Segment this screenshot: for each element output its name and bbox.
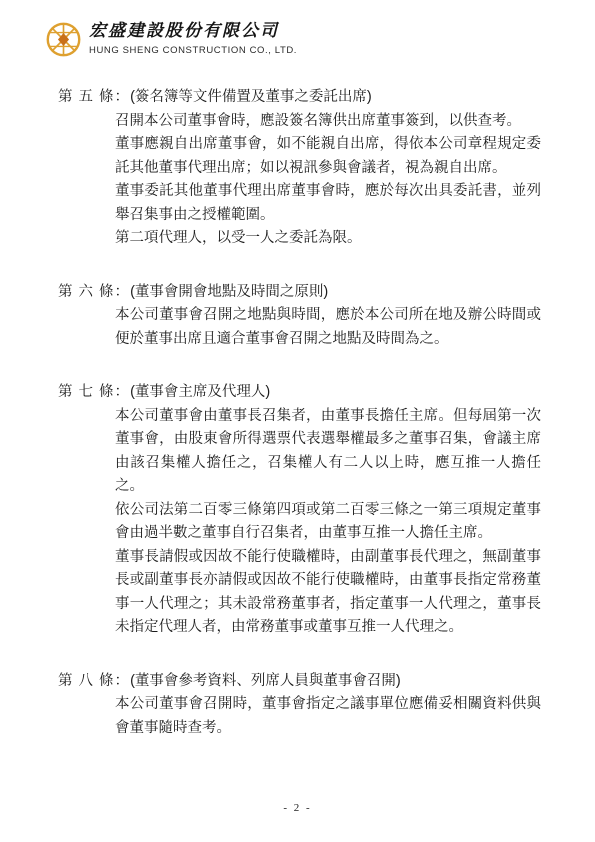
article-paragraph: 董事長請假或因故不能行使職權時，由副董事長代理之，無副董事長或副董事長亦請假或因…: [115, 546, 541, 640]
article-number: 第 七 條：: [58, 384, 130, 400]
article-title: (簽名簿等文件備置及董事之委託出席): [130, 89, 372, 105]
article-title: (董事會開會地點及時間之原則): [130, 284, 328, 300]
article-title: (董事會主席及代理人): [130, 384, 270, 400]
company-logo-icon: [45, 21, 82, 58]
article-paragraph: 本公司董事會召開之地點與時間，應於本公司所在地及辦公時間或便於董事出席且適合董事…: [115, 304, 541, 351]
company-name-en: HUNG SHENG CONSTRUCTION CO., LTD.: [89, 44, 297, 57]
article-paragraph: 第二項代理人，以受一人之委託為限。: [115, 227, 541, 251]
article-paragraph: 董事應親自出席董事會，如不能親自出席，得依本公司章程規定委託其他董事代理出席；如…: [115, 133, 541, 180]
article-paragraph: 召開本公司董事會時，應設簽名簿供出席董事簽到，以供查考。: [115, 110, 541, 134]
article-title: (董事會參考資料、列席人員與董事會召開): [130, 673, 401, 689]
article-number: 第 八 條：: [58, 673, 130, 689]
document-body: 第 五 條：(簽名簿等文件備置及董事之委託出席) 召開本公司董事會時，應設簽名簿…: [58, 86, 541, 770]
company-name-zh: 宏盛建設股份有限公司: [89, 20, 297, 42]
article-7: 第 七 條：(董事會主席及代理人) 本公司董事會由董事長召集者，由董事長擔任主席…: [58, 381, 541, 640]
letterhead-text: 宏盛建設股份有限公司 HUNG SHENG CONSTRUCTION CO., …: [89, 20, 297, 57]
letterhead: 宏盛建設股份有限公司 HUNG SHENG CONSTRUCTION CO., …: [45, 20, 297, 58]
article-heading: 第 五 條：(簽名簿等文件備置及董事之委託出席): [58, 86, 541, 110]
article-number: 第 五 條：: [58, 89, 130, 105]
article-heading: 第 七 條：(董事會主席及代理人): [58, 381, 541, 405]
article-number: 第 六 條：: [58, 284, 130, 300]
article-6: 第 六 條：(董事會開會地點及時間之原則) 本公司董事會召開之地點與時間，應於本…: [58, 281, 541, 352]
article-heading: 第 八 條：(董事會參考資料、列席人員與董事會召開): [58, 670, 541, 694]
article-8: 第 八 條：(董事會參考資料、列席人員與董事會召開) 本公司董事會召開時，董事會…: [58, 670, 541, 741]
article-5: 第 五 條：(簽名簿等文件備置及董事之委託出席) 召開本公司董事會時，應設簽名簿…: [58, 86, 541, 251]
document-page: 宏盛建設股份有限公司 HUNG SHENG CONSTRUCTION CO., …: [0, 0, 595, 842]
article-paragraph: 依公司法第二百零三條第四項或第二百零三條之一第三項規定董事會由過半數之董事自行召…: [115, 499, 541, 546]
page-number: - 2 -: [0, 802, 595, 814]
article-paragraph: 本公司董事會由董事長召集者，由董事長擔任主席。但每屆第一次董事會，由股東會所得選…: [115, 405, 541, 499]
article-paragraph: 本公司董事會召開時，董事會指定之議事單位應備妥相關資料供與會董事隨時查考。: [115, 693, 541, 740]
article-paragraph: 董事委託其他董事代理出席董事會時，應於每次出具委託書，並列舉召集事由之授權範圍。: [115, 180, 541, 227]
article-heading: 第 六 條：(董事會開會地點及時間之原則): [58, 281, 541, 305]
